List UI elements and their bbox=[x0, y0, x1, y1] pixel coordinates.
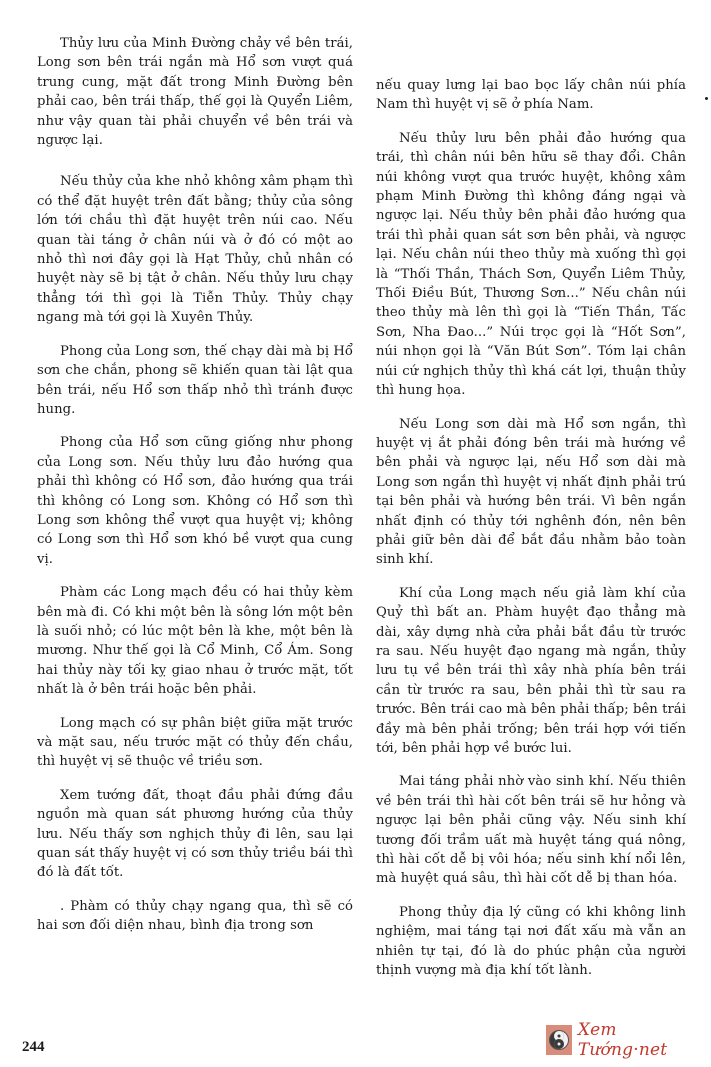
paragraph: Phong của Long sơn, thế chạy dài mà bị H… bbox=[37, 342, 353, 420]
paragraph: Nếu thủy của khe nhỏ không xâm phạm thì … bbox=[37, 172, 353, 327]
page-number: 244 bbox=[22, 1039, 45, 1056]
paragraph: Nếu thủy lưu bên phải đảo hướng qua trái… bbox=[376, 129, 686, 401]
paragraph: Phong của Hổ sơn cũng giống như phong củ… bbox=[37, 433, 353, 569]
watermark-logo: Xem Tướng·net bbox=[546, 1020, 711, 1060]
book-page: Thủy lưu của Minh Đường chảy về bên trái… bbox=[0, 0, 711, 1067]
paragraph: Nếu Long sơn dài mà Hổ sơn ngắn, thì huy… bbox=[376, 415, 686, 570]
watermark-text: Xem Tướng·net bbox=[578, 1020, 711, 1060]
left-column: Thủy lưu của Minh Đường chảy về bên trái… bbox=[37, 0, 353, 950]
paragraph: Phàm các Long mạch đều có hai thủy kèm b… bbox=[37, 583, 353, 699]
right-column: nếu quay lưng lại bao bọc lấy chân núi p… bbox=[376, 0, 686, 994]
paragraph: Khí của Long mạch nếu giả làm khí của Qu… bbox=[376, 584, 686, 759]
paragraph: Phong thủy địa lý cũng có khi không linh… bbox=[376, 903, 686, 981]
paragraph: Thủy lưu của Minh Đường chảy về bên trái… bbox=[37, 34, 353, 150]
paragraph: Long mạch có sự phân biệt giữa mặt trước… bbox=[37, 714, 353, 772]
paragraph: Mai táng phải nhờ vào sinh khí. Nếu thiê… bbox=[376, 772, 686, 888]
yin-yang-icon bbox=[549, 1030, 569, 1050]
paragraph: Xem tướng đất, thoạt đầu phải đứng đầu n… bbox=[37, 786, 353, 883]
paragraph: . Phàm có thủy chạy ngang qua, thì sẽ có… bbox=[37, 897, 353, 936]
logo-badge bbox=[546, 1025, 572, 1055]
paragraph-continued: nếu quay lưng lại bao bọc lấy chân núi p… bbox=[376, 76, 686, 115]
scan-artifact-dot bbox=[705, 97, 708, 100]
